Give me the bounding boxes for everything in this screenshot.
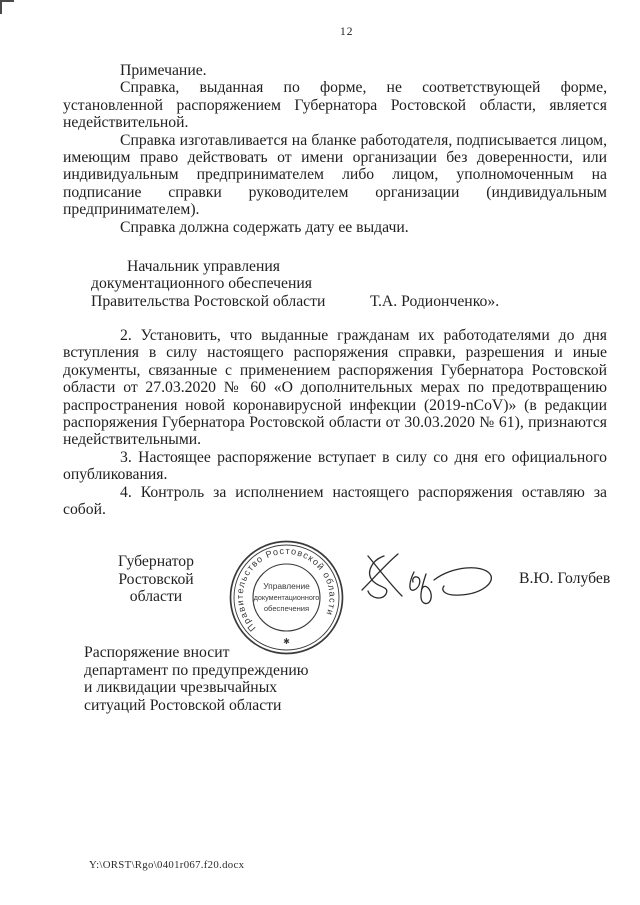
scan-edge-artifact (0, 0, 14, 2)
note-paragraph: Справка изготавливается на бланке работо… (63, 132, 607, 219)
note-title: Примечание. (63, 62, 607, 79)
clauses-section: 2. Установить, что выданные гражданам их… (63, 327, 607, 518)
document-page: 12 Примечание. Справка, выданная по форм… (0, 0, 640, 905)
note-paragraph: Справка, выданная по форме, не соответст… (63, 79, 607, 131)
footer-file-path: Y:\ORST\Rgo\0401r067.f20.docx (89, 859, 244, 871)
initiator-block: Распоряжение вносит департамент по преду… (84, 644, 309, 714)
note-section: Примечание. Справка, выданная по форме, … (63, 62, 607, 236)
signoff-position-text: Правительства Ростовской области (91, 293, 325, 310)
round-stamp-icon: Правительство Ростовской области Управле… (228, 539, 345, 656)
quoted-signoff-block: Начальник управления документационного о… (91, 258, 561, 310)
stamp-center-text: документационного (254, 593, 320, 602)
initiator-line: ситуаций Ростовской области (84, 697, 309, 715)
signoff-position-line: Начальник управления (91, 258, 561, 275)
clause-paragraph: 3. Настоящее распоряжение вступает в сил… (63, 449, 607, 484)
clause-paragraph: 4. Контроль за исполнением настоящего ра… (63, 484, 607, 519)
governor-title-line: Ростовской области (92, 571, 220, 606)
initiator-line: Распоряжение вносит (84, 644, 309, 662)
note-paragraph: Справка должна содержать дату ее выдачи. (63, 219, 607, 236)
handwritten-signature-icon (356, 546, 496, 608)
governor-title-line: Губернатор (92, 553, 220, 571)
governor-title-block: Губернатор Ростовской области (92, 553, 220, 606)
initiator-line: и ликвидации чрезвычайных (84, 679, 309, 697)
signee-name: В.Ю. Голубев (519, 570, 610, 588)
scan-edge-artifact (0, 0, 2, 14)
stamp-center-text: Управление (263, 581, 310, 591)
clause-paragraph: 2. Установить, что выданные гражданам их… (63, 327, 607, 449)
page-number: 12 (340, 26, 354, 38)
signoff-position-line: Правительства Ростовской области Т.А. Ро… (91, 293, 561, 310)
stamp-center-text: обеспечения (264, 604, 309, 613)
initiator-line: департамент по предупреждению (84, 662, 309, 680)
signoff-name: Т.А. Родионченко». (370, 293, 499, 310)
signoff-position-line: документационного обеспечения (91, 275, 561, 292)
